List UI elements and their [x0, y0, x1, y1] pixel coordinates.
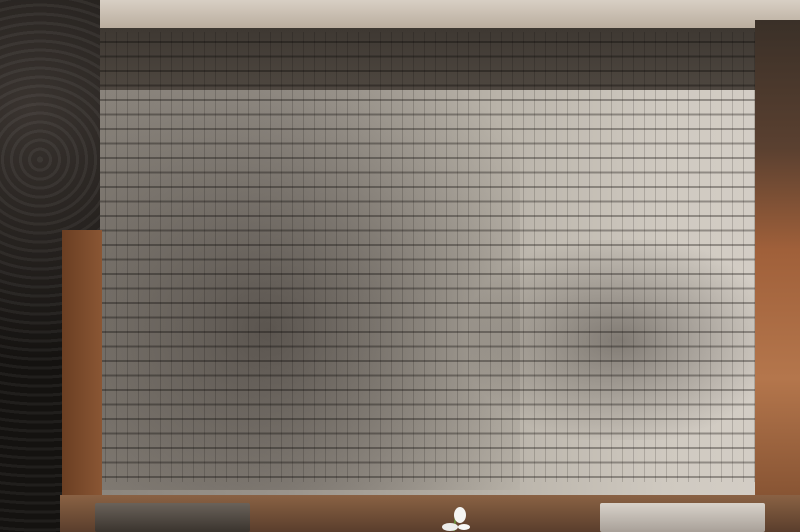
- base-block-left: [95, 503, 250, 532]
- inscription-photo: Stone slab bearing a densely carved mult…: [0, 0, 800, 532]
- right-red-stone: [755, 20, 800, 532]
- flower-icon: [440, 505, 472, 532]
- left-red-edge: [62, 230, 102, 500]
- base-block-right: [600, 503, 765, 532]
- carved-script-lines: [100, 32, 760, 482]
- top-ledge: [90, 0, 800, 30]
